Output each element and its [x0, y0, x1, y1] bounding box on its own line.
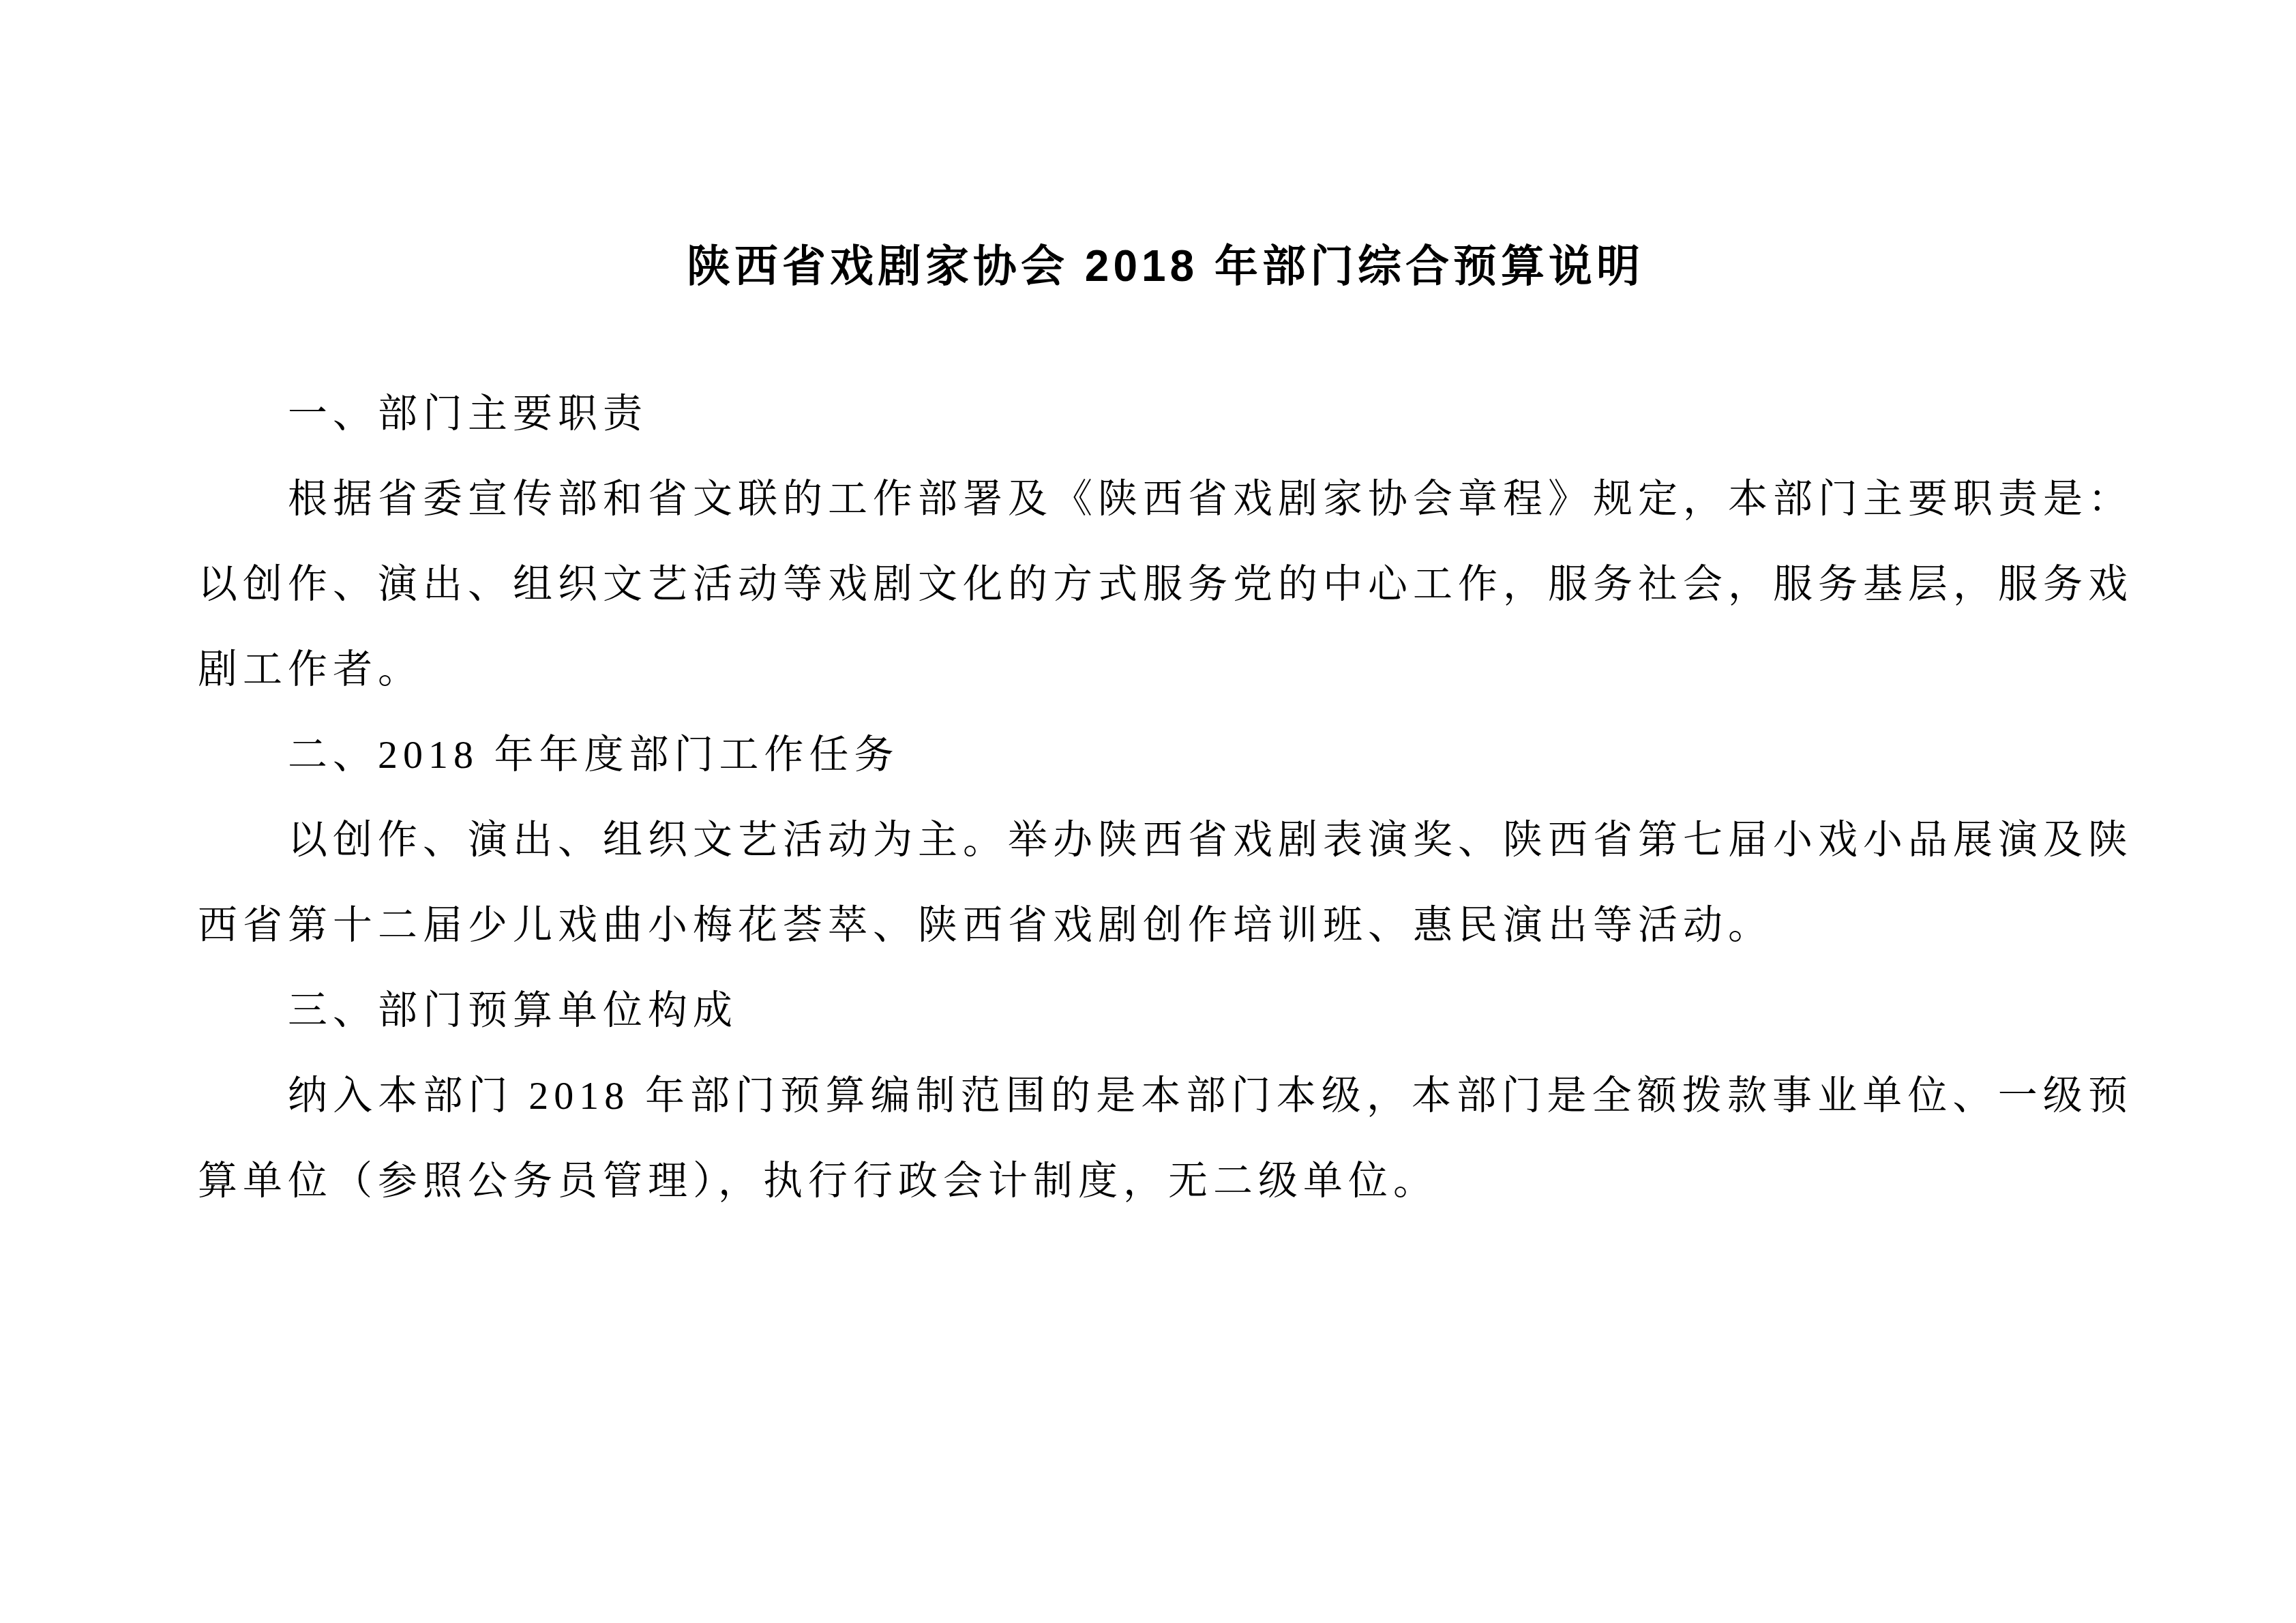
document-title: 陕西省戏剧家协会 2018 年部门综合预算说明 [198, 240, 2133, 293]
paragraph-section-2: 以创作、演出、组织文艺活动为主。举办陕西省戏剧表演奖、陕西省第七届小戏小品展演及… [198, 797, 2133, 968]
document-body: 一、部门主要职责 根据省委宣传部和省文联的工作部署及《陕西省戏剧家协会章程》规定… [198, 371, 2133, 1223]
paragraph-section-3: 纳入本部门 2018 年部门预算编制范围的是本部门本级，本部门是全额拨款事业单位… [198, 1053, 2133, 1223]
paragraph-section-1: 根据省委宣传部和省文联的工作部署及《陕西省戏剧家协会章程》规定，本部门主要职责是… [198, 456, 2133, 712]
document-page: 陕西省戏剧家协会 2018 年部门综合预算说明 一、部门主要职责 根据省委宣传部… [0, 0, 2296, 1623]
section-heading-2: 二、2018 年年度部门工作任务 [198, 712, 2133, 797]
section-heading-1: 一、部门主要职责 [198, 371, 2133, 456]
section-heading-3: 三、部门预算单位构成 [198, 968, 2133, 1053]
